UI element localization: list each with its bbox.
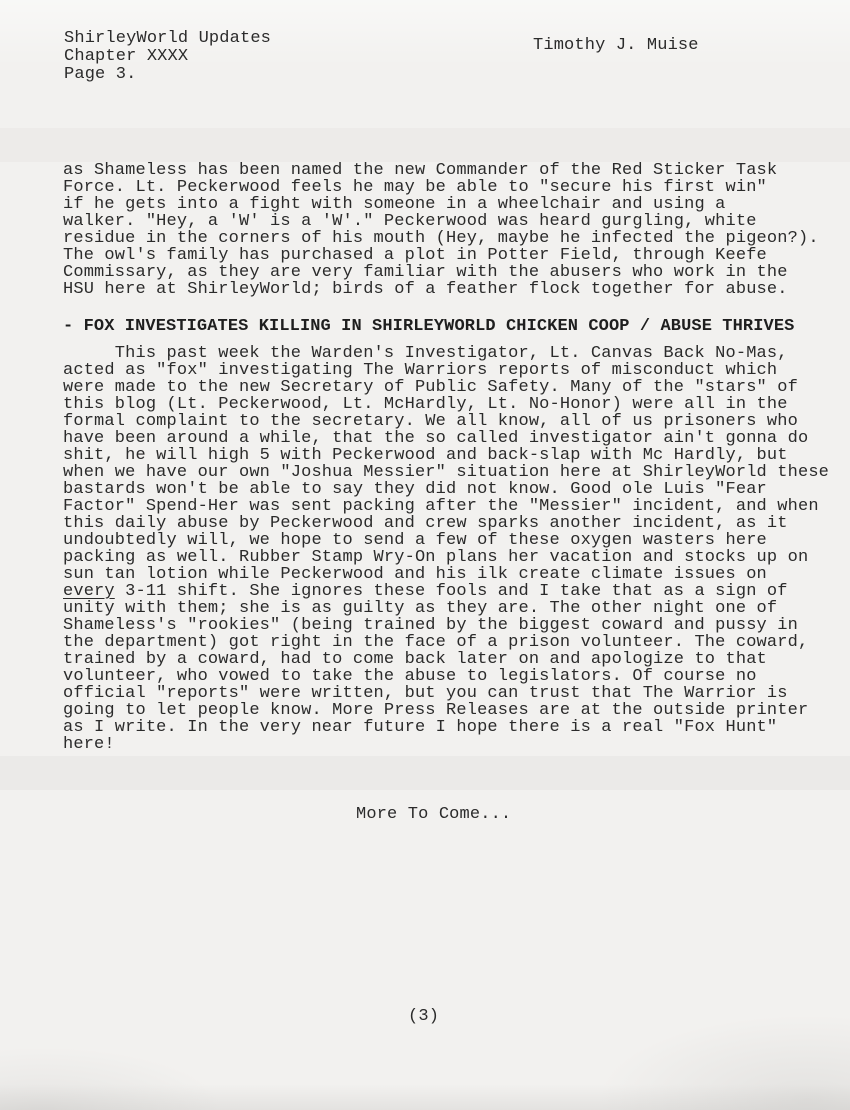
text-line: Page 3. [64, 66, 271, 84]
text-line: acted as "fox" investigating The Warrior… [63, 362, 829, 379]
text-line: Chapter XXXX [64, 48, 271, 66]
text-line: here! [63, 736, 829, 753]
section-headline: - FOX INVESTIGATES KILLING IN SHIRLEYWOR… [63, 317, 794, 336]
text-line: going to let people know. More Press Rel… [63, 702, 829, 719]
text-line: bastards won't be able to say they did n… [63, 481, 829, 498]
text-line: have been around a while, that the so ca… [63, 430, 829, 447]
text-line: were made to the new Secretary of Public… [63, 379, 829, 396]
text-line: Shameless's "rookies" (being trained by … [63, 617, 829, 634]
text-line: trained by a coward, had to come back la… [63, 651, 829, 668]
text-line: Factor" Spend-Her was sent packing after… [63, 498, 829, 515]
text-line: every 3-11 shift. She ignores these fool… [63, 583, 829, 600]
text-line: volunteer, who vowed to take the abuse t… [63, 668, 829, 685]
text-line: The owl's family has purchased a plot in… [63, 247, 819, 264]
text-line: Force. Lt. Peckerwood feels he may be ab… [63, 179, 819, 196]
text-line: unity with them; she is as guilty as the… [63, 600, 829, 617]
text-line: if he gets into a fight with someone in … [63, 196, 819, 213]
document-header: ShirleyWorld UpdatesChapter XXXXPage 3. [64, 30, 271, 84]
scan-artifact-band [0, 756, 850, 790]
text-line: the department) got right in the face of… [63, 634, 829, 651]
text-line: this blog (Lt. Peckerwood, Lt. McHardly,… [63, 396, 829, 413]
text-line: This past week the Warden's Investigator… [63, 345, 829, 362]
text-line: when we have our own "Joshua Messier" si… [63, 464, 829, 481]
scan-artifact-band [0, 128, 850, 162]
page-number: (3) [408, 1007, 439, 1026]
text-line: walker. "Hey, a 'W' is a 'W'." Peckerwoo… [63, 213, 819, 230]
author-name: Timothy J. Muise [533, 36, 699, 55]
text-line: as Shameless has been named the new Comm… [63, 162, 819, 179]
scan-artifact-band [0, 1084, 850, 1110]
text-line: official "reports" were written, but you… [63, 685, 829, 702]
scanned-document-page: ShirleyWorld UpdatesChapter XXXXPage 3. … [0, 0, 850, 1110]
text-line: formal complaint to the secretary. We al… [63, 413, 829, 430]
more-to-come-text: More To Come... [356, 805, 511, 824]
text-line: residue in the corners of his mouth (Hey… [63, 230, 819, 247]
text-line: this daily abuse by Peckerwood and crew … [63, 515, 829, 532]
text-line: as I write. In the very near future I ho… [63, 719, 829, 736]
text-line: HSU here at ShirleyWorld; birds of a fea… [63, 281, 819, 298]
paragraph-2: This past week the Warden's Investigator… [63, 345, 829, 753]
text-line: shit, he will high 5 with Peckerwood and… [63, 447, 829, 464]
paragraph-1: as Shameless has been named the new Comm… [63, 162, 819, 298]
text-line: undoubtedly will, we hope to send a few … [63, 532, 829, 549]
text-line: ShirleyWorld Updates [64, 30, 271, 48]
text-line: sun tan lotion while Peckerwood and his … [63, 566, 829, 583]
text-line: Commissary, as they are very familiar wi… [63, 264, 819, 281]
text-line: packing as well. Rubber Stamp Wry-On pla… [63, 549, 829, 566]
